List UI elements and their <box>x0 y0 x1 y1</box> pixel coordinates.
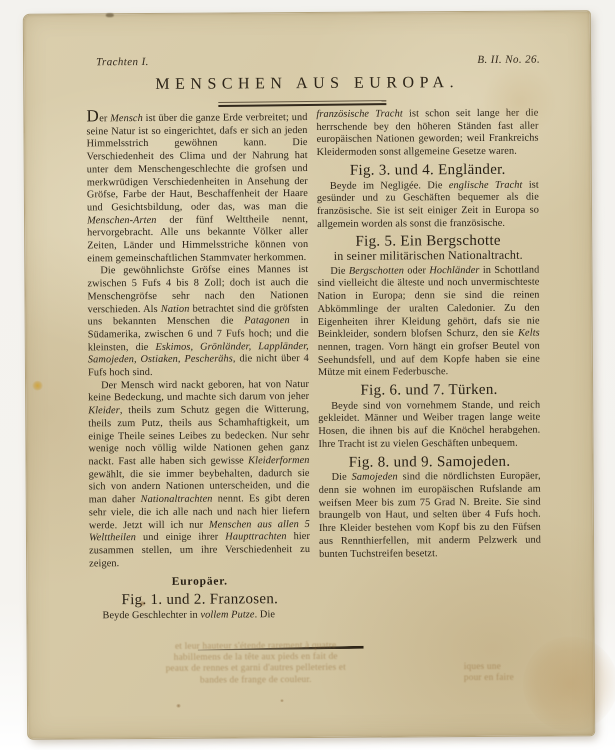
italic-text: Haupttrachten <box>225 531 286 542</box>
italic-text: Nation <box>161 303 190 314</box>
figure-heading: Fig. 1. und 2. Franzosen. <box>89 593 310 607</box>
show-through-line: pour en faire <box>464 673 572 685</box>
plate-number: B. II. No. 26. <box>477 54 540 66</box>
italic-text: Patagonen <box>244 315 290 326</box>
ink-speck <box>280 699 284 702</box>
italic-text: französische Tracht <box>316 108 402 120</box>
section-heading: Europäer. <box>89 575 310 589</box>
figure-subheading: in seiner militärischen Nationaltracht. <box>317 249 539 263</box>
paragraph: Die Samojeden sind die nördlichsten Euro… <box>319 471 542 561</box>
italic-text: Hochländer <box>429 265 479 276</box>
text-run: sind die nördlichsten Europäer, denn sie… <box>319 471 541 560</box>
initial-letter: D <box>86 106 99 125</box>
yellow-stain <box>32 381 43 391</box>
scanner-background: { "header": { "series_label": "Trachten … <box>0 0 615 750</box>
text-run: Beyde im Negligée. Die <box>330 180 449 192</box>
text-run: Der Mensch wird nackt geboren, hat von N… <box>88 379 309 404</box>
text-run: Die <box>330 265 349 276</box>
show-through-line: iques une <box>464 661 572 673</box>
paragraph: Beyde im Negligée. Die englische Tracht … <box>317 179 539 231</box>
edge-nick <box>106 13 114 17</box>
show-through-left: et leur hauteur s'étende rarement à quat… <box>140 641 372 687</box>
paper-sheet: Trachten I. B. II. No. 26. MENSCHEN AUS … <box>24 11 594 738</box>
series-label: Trachten I. <box>86 56 149 68</box>
show-through-line: peaux de rennes et garni d'autres pellet… <box>140 663 372 676</box>
paragraph: Der Mensch ist über die ganze Erde verbr… <box>86 109 308 266</box>
paragraph: Beyde Geschlechter in vollem Putze. Die <box>89 609 310 623</box>
running-header: Trachten I. B. II. No. 26. <box>86 54 540 69</box>
italic-text: Menschen-Arten <box>87 215 157 226</box>
paragraph: französische Tracht ist schon seit lange… <box>316 108 538 160</box>
text-run: Beyde sind von vornehmem Stande, und rei… <box>318 399 540 449</box>
figure-heading: Fig. 3. und 4. Engländer. <box>317 163 539 177</box>
figure-heading: Fig. 8. und 9. Samojeden. <box>318 455 540 469</box>
italic-text: Kleiderformen <box>248 455 309 466</box>
italic-text: Mensch <box>110 113 143 124</box>
italic-text: Bergschotten <box>349 265 404 276</box>
show-through-line: bandes de frange de couleur. <box>140 674 372 687</box>
text-run: nennen, tragen. Vorn hängt ein grofser B… <box>318 341 540 379</box>
ink-speck <box>176 704 181 708</box>
italic-text: Samojeden <box>352 472 398 483</box>
italic-text: Kelts <box>518 328 540 339</box>
italic-text: Kleider <box>88 405 120 416</box>
italic-text: vollem Putze <box>200 609 254 620</box>
text-run: oder <box>404 265 429 276</box>
figure-heading: Fig. 6. und 7. Türken. <box>318 384 540 398</box>
text-run: Die <box>332 472 352 483</box>
column-left: Der Mensch ist über die ganze Erde verbr… <box>86 109 310 623</box>
column-right: französische Tracht ist schon seit lange… <box>316 108 541 562</box>
show-through-right: iques unepour en faire <box>464 661 572 684</box>
paragraph: Beyde sind von vornehmem Stande, und rei… <box>318 399 540 451</box>
text-run: ist über die ganze Erde verbreitet; und … <box>86 112 308 213</box>
italic-text: Nationaltrachten <box>141 494 213 505</box>
text-run: . Die <box>255 609 276 620</box>
page-title: MENSCHEN AUS EUROPA. <box>64 74 550 95</box>
italic-text: englische Tracht <box>449 179 523 190</box>
paragraph: Die Bergschotten oder Hochländer in Scho… <box>317 264 540 380</box>
paragraph: Die gewöhnlichste Gröfse eines Mannes is… <box>87 264 309 380</box>
text-run: er <box>99 113 110 124</box>
title-double-rule <box>218 100 386 107</box>
paragraph: Der Mensch wird nackt geboren, hat von N… <box>88 379 310 571</box>
text-run: Beyde Geschlechter in <box>102 609 200 621</box>
text-run: und einige ihrer <box>136 532 225 544</box>
